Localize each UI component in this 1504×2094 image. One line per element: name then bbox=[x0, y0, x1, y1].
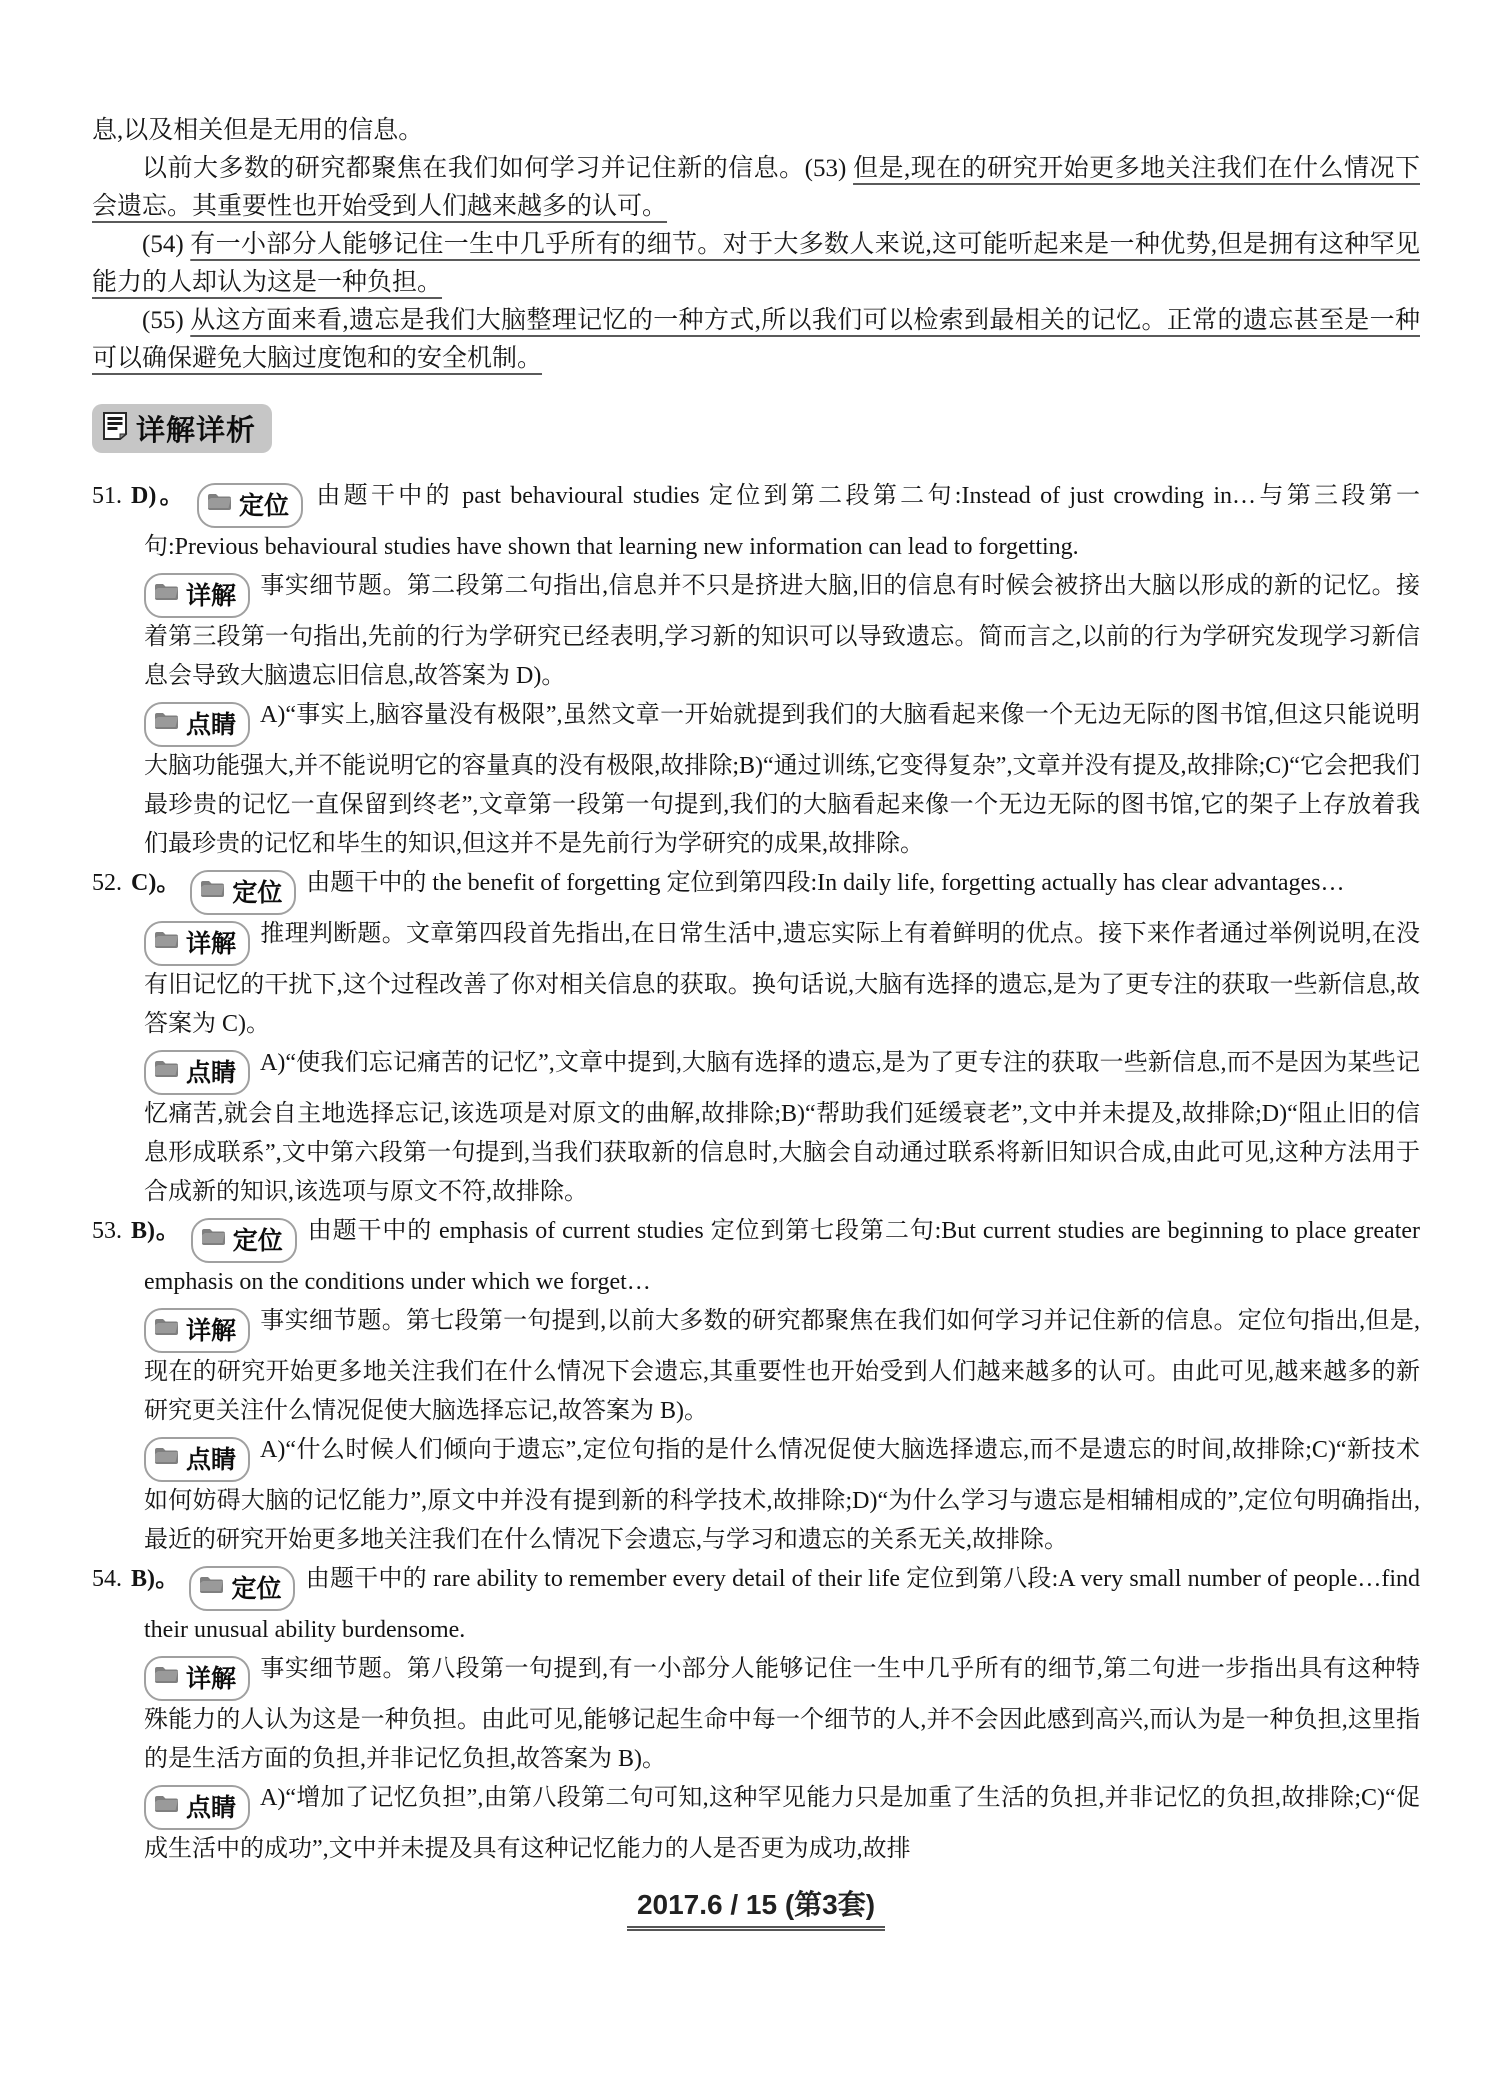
passage-paragraph: (55) 从这方面来看,遗忘是我们大脑整理记忆的一种方式,所以我们可以检索到最相… bbox=[92, 302, 1420, 378]
folder-icon bbox=[154, 924, 179, 963]
locate-badge: 定位 bbox=[191, 1218, 297, 1263]
locate-paragraph: 52.C)。定位由题干中的 the benefit of forgetting … bbox=[144, 864, 1420, 915]
locate-badge: 定位 bbox=[189, 1566, 295, 1611]
section-header-label: 详解详析 bbox=[136, 408, 256, 449]
folder-icon bbox=[154, 705, 179, 744]
folder-icon bbox=[207, 486, 232, 525]
folder-icon bbox=[199, 1569, 224, 1608]
folder-icon bbox=[201, 1221, 226, 1260]
locate-paragraph: 53.B)。定位由题干中的 emphasis of current studie… bbox=[144, 1212, 1420, 1302]
answer-letter: D)。 bbox=[131, 483, 187, 509]
locate-badge-label: 定位 bbox=[231, 1574, 281, 1604]
tip-paragraph: 点睛A)“什么时候人们倾向于遗忘”,定位句指的是什么情况促使大脑选择遗忘,而不是… bbox=[144, 1431, 1420, 1560]
question-number: 52. bbox=[92, 870, 122, 896]
locate-text: 由题干中的 rare ability to remember every det… bbox=[144, 1566, 1420, 1643]
detail-badge-label: 详解 bbox=[186, 1316, 236, 1346]
tip-text: A)“使我们忘记痛苦的记忆”,文章中提到,大脑有选择的遗忘,是为了更专注的获取一… bbox=[144, 1050, 1420, 1205]
answer-letter: C)。 bbox=[131, 870, 180, 896]
tip-badge: 点睛 bbox=[144, 1050, 250, 1095]
locate-badge-label: 定位 bbox=[232, 878, 282, 908]
passage-plain-text: (55) bbox=[142, 307, 190, 334]
passage-paragraph: (54) 有一小部分人能够记住一生中几乎所有的细节。对于大多数人来说,这可能听起… bbox=[92, 226, 1420, 302]
detail-text: 事实细节题。第八段第一句提到,有一小部分人能够记住一生中几乎所有的细节,第二句进… bbox=[144, 1656, 1420, 1772]
detail-badge-label: 详解 bbox=[186, 581, 236, 611]
question-53: 53.B)。定位由题干中的 emphasis of current studie… bbox=[92, 1212, 1420, 1560]
question-number: 54. bbox=[92, 1566, 122, 1592]
locate-badge: 定位 bbox=[190, 870, 296, 915]
page-footer: 2017.6 / 15 (第3套) bbox=[92, 1883, 1420, 1931]
passage-plain-text: (54) bbox=[142, 231, 190, 258]
folder-icon bbox=[154, 1788, 179, 1827]
folder-icon bbox=[154, 1053, 179, 1092]
passage-underlined-text: 从这方面来看,遗忘是我们大脑整理记忆的一种方式,所以我们可以检索到最相关的记忆。… bbox=[92, 307, 1420, 372]
question-number: 51. bbox=[92, 483, 122, 509]
footer-edition-label: 2017.6 / 15 (第3套) bbox=[627, 1883, 885, 1931]
detail-text: 事实细节题。第七段第一句提到,以前大多数的研究都聚焦在我们如何学习并记住新的信息… bbox=[144, 1308, 1420, 1424]
section-header-detailed-analysis: 详解详析 bbox=[92, 404, 272, 453]
detail-badge: 详解 bbox=[144, 1308, 250, 1353]
answer-explanations: 51.D)。定位由题干中的 past behavioural studies 定… bbox=[92, 477, 1420, 1869]
tip-badge-label: 点睛 bbox=[186, 1058, 236, 1088]
tip-badge-label: 点睛 bbox=[186, 1793, 236, 1823]
detail-text: 事实细节题。第二段第二句指出,信息并不只是挤进大脑,旧的信息有时候会被挤出大脑以… bbox=[144, 573, 1420, 689]
folder-icon bbox=[200, 873, 225, 912]
passage-plain-text: 以前大多数的研究都聚焦在我们如何学习并记住新的信息。(53) bbox=[142, 155, 853, 182]
locate-paragraph: 54.B)。定位由题干中的 rare ability to remember e… bbox=[144, 1560, 1420, 1650]
locate-badge-label: 定位 bbox=[233, 1226, 283, 1256]
tip-badge: 点睛 bbox=[144, 1785, 250, 1830]
passage-plain-text: 息,以及相关但是无用的信息。 bbox=[92, 117, 423, 144]
passage-paragraph: 息,以及相关但是无用的信息。 bbox=[92, 112, 1420, 150]
locate-badge: 定位 bbox=[197, 483, 303, 528]
question-51: 51.D)。定位由题干中的 past behavioural studies 定… bbox=[92, 477, 1420, 864]
tip-badge-label: 点睛 bbox=[186, 710, 236, 740]
answer-letter: B)。 bbox=[131, 1566, 179, 1592]
tip-text: A)“什么时候人们倾向于遗忘”,定位句指的是什么情况促使大脑选择遗忘,而不是遗忘… bbox=[144, 1437, 1420, 1553]
detail-badge: 详解 bbox=[144, 573, 250, 618]
folder-icon bbox=[154, 1311, 179, 1350]
document-icon bbox=[102, 412, 128, 445]
tip-badge: 点睛 bbox=[144, 1437, 250, 1482]
locate-text: 由题干中的 emphasis of current studies 定位到第七段… bbox=[144, 1218, 1420, 1295]
detail-paragraph: 详解事实细节题。第七段第一句提到,以前大多数的研究都聚焦在我们如何学习并记住新的… bbox=[144, 1302, 1420, 1431]
locate-text: 由题干中的 the benefit of forgetting 定位到第四段:I… bbox=[306, 870, 1344, 896]
detail-paragraph: 详解推理判断题。文章第四段首先指出,在日常生活中,遗忘实际上有着鲜明的优点。接下… bbox=[144, 915, 1420, 1044]
passage-paragraph: 以前大多数的研究都聚焦在我们如何学习并记住新的信息。(53) 但是,现在的研究开… bbox=[92, 150, 1420, 226]
tip-badge: 点睛 bbox=[144, 702, 250, 747]
folder-icon bbox=[154, 1659, 179, 1698]
question-54: 54.B)。定位由题干中的 rare ability to remember e… bbox=[92, 1560, 1420, 1869]
detail-badge-label: 详解 bbox=[186, 1664, 236, 1694]
detail-badge: 详解 bbox=[144, 921, 250, 966]
passage-translation: 息,以及相关但是无用的信息。 以前大多数的研究都聚焦在我们如何学习并记住新的信息… bbox=[92, 112, 1420, 378]
answer-letter: B)。 bbox=[131, 1218, 181, 1244]
document-page: 息,以及相关但是无用的信息。 以前大多数的研究都聚焦在我们如何学习并记住新的信息… bbox=[0, 0, 1504, 2094]
folder-icon bbox=[154, 576, 179, 615]
detail-paragraph: 详解事实细节题。第八段第一句提到,有一小部分人能够记住一生中几乎所有的细节,第二… bbox=[144, 1650, 1420, 1779]
passage-underlined-text: 有一小部分人能够记住一生中几乎所有的细节。对于大多数人来说,这可能听起来是一种优… bbox=[92, 231, 1420, 296]
folder-icon bbox=[154, 1440, 179, 1479]
detail-badge: 详解 bbox=[144, 1656, 250, 1701]
detail-badge-label: 详解 bbox=[186, 929, 236, 959]
tip-text: A)“增加了记忆负担”,由第八段第二句可知,这种罕见能力只是加重了生活的负担,并… bbox=[144, 1785, 1420, 1862]
question-52: 52.C)。定位由题干中的 the benefit of forgetting … bbox=[92, 864, 1420, 1212]
question-number: 53. bbox=[92, 1218, 122, 1244]
locate-text: 由题干中的 past behavioural studies 定位到第二段第二句… bbox=[144, 483, 1420, 560]
tip-paragraph: 点睛A)“使我们忘记痛苦的记忆”,文章中提到,大脑有选择的遗忘,是为了更专注的获… bbox=[144, 1044, 1420, 1212]
tip-text: A)“事实上,脑容量没有极限”,虽然文章一开始就提到我们的大脑看起来像一个无边无… bbox=[144, 702, 1420, 857]
tip-badge-label: 点睛 bbox=[186, 1445, 236, 1475]
locate-paragraph: 51.D)。定位由题干中的 past behavioural studies 定… bbox=[144, 477, 1420, 567]
detail-paragraph: 详解事实细节题。第二段第二句指出,信息并不只是挤进大脑,旧的信息有时候会被挤出大… bbox=[144, 567, 1420, 696]
tip-paragraph: 点睛A)“增加了记忆负担”,由第八段第二句可知,这种罕见能力只是加重了生活的负担… bbox=[144, 1779, 1420, 1869]
detail-text: 推理判断题。文章第四段首先指出,在日常生活中,遗忘实际上有着鲜明的优点。接下来作… bbox=[144, 921, 1420, 1037]
locate-badge-label: 定位 bbox=[239, 491, 289, 521]
tip-paragraph: 点睛A)“事实上,脑容量没有极限”,虽然文章一开始就提到我们的大脑看起来像一个无… bbox=[144, 696, 1420, 864]
